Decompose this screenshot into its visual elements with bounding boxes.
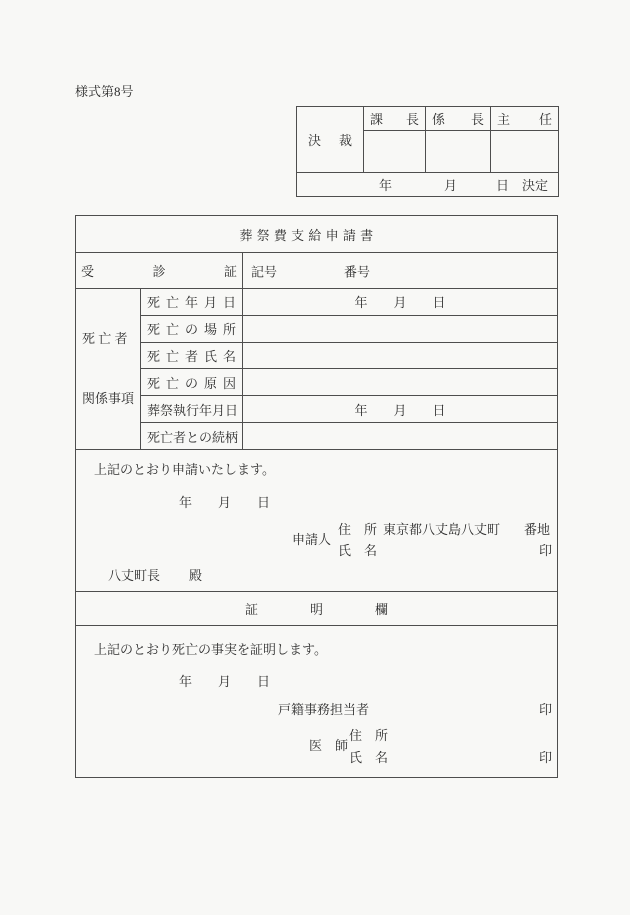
registry-clerk-label: 戸籍事務担当者 [278, 703, 369, 717]
row-value-death-date: 年 月 日 [243, 289, 558, 316]
symbol-label: 記号 [251, 261, 277, 280]
row-value-relationship [243, 423, 558, 450]
certification-section: 上記のとおり死亡の事実を証明します。 年 月 日 戸籍事務担当者 印 医 師 住… [76, 626, 558, 778]
approval-table: 決 裁 課 長 係 長 主 任 年 月 日 決定 [296, 106, 559, 197]
doctor-name-label: 氏 名 [349, 751, 388, 765]
application-section: 上記のとおり申請いたします。 年 月 日 申請人 住 所 東京都八丈島八丈町 番… [76, 450, 558, 592]
approval-decision-date-row: 年 月 日 決定 [297, 173, 559, 197]
doctor-label: 医 師 [309, 739, 348, 753]
row-label-death-date: 死 亡 年 月 日 [141, 289, 243, 316]
applicant-address-value: 東京都八丈島八丈町 [383, 523, 500, 537]
row-value-funeral-date: 年 月 日 [243, 396, 558, 423]
certification-statement: 上記のとおり死亡の事実を証明します。 [94, 643, 327, 657]
row-value-death-place [243, 315, 558, 342]
doctor-seal-mark: 印 [539, 751, 552, 765]
approval-label-cell: 決 裁 [297, 107, 364, 173]
number-label: 番号 [344, 261, 370, 280]
deceased-heading-line1: 死 亡 者 [82, 329, 140, 349]
row-label-death-place: 死 亡 の 場 所 [141, 315, 243, 342]
funeral-expense-application-form: 様式第8号 決 裁 課 長 係 長 主 任 年 月 日 決定 葬 祭 [0, 0, 630, 915]
address-suffix-label: 番地 [524, 523, 550, 537]
certification-date-line: 年 月 日 [179, 675, 270, 689]
approval-column-section-chief: 課 長 [364, 107, 426, 131]
certification-column-header: 証 明 欄 [76, 592, 558, 626]
row-label-deceased-name: 死 亡 者 氏 名 [141, 342, 243, 369]
form-number-label: 様式第8号 [75, 81, 134, 100]
approval-signature-cell-subsection-chief [426, 131, 491, 173]
row-label-death-cause: 死 亡 の 原 因 [141, 369, 243, 396]
deceased-section-heading: 死 亡 者 関係事項 [76, 289, 141, 450]
approval-signature-cell-section-chief [364, 131, 426, 173]
application-date-line: 年 月 日 [179, 496, 270, 510]
insurance-cert-label: 受 診 証 [76, 253, 243, 289]
approval-column-subsection-chief: 係 長 [426, 107, 491, 131]
mayor-label: 八丈町長 [108, 569, 160, 583]
application-statement: 上記のとおり申請いたします。 [94, 463, 275, 477]
clerk-seal-mark: 印 [539, 703, 552, 717]
row-value-deceased-name [243, 342, 558, 369]
applicant-label: 申請人 [292, 533, 331, 547]
applicant-name-label: 氏 名 [338, 544, 377, 558]
deceased-heading-line2: 関係事項 [82, 389, 140, 409]
doctor-address-label: 住 所 [349, 729, 388, 743]
approval-column-senior-staff: 主 任 [491, 107, 559, 131]
row-label-funeral-date: 葬祭執行年月日 [141, 396, 243, 423]
applicant-seal-mark: 印 [539, 544, 552, 558]
form-title: 葬 祭 費 支 給 申 請 書 [76, 216, 558, 253]
applicant-address-label: 住 所 [338, 523, 377, 537]
honorific-label: 殿 [189, 569, 202, 583]
symbol-number-cell: 記号 番号 [243, 253, 558, 289]
application-table: 葬 祭 費 支 給 申 請 書 受 診 証 記号 番号 死 亡 者 関係事項 死… [75, 215, 558, 778]
row-value-death-cause [243, 369, 558, 396]
row-label-relationship: 死亡者との続柄 [141, 423, 243, 450]
approval-signature-cell-senior-staff [491, 131, 559, 173]
